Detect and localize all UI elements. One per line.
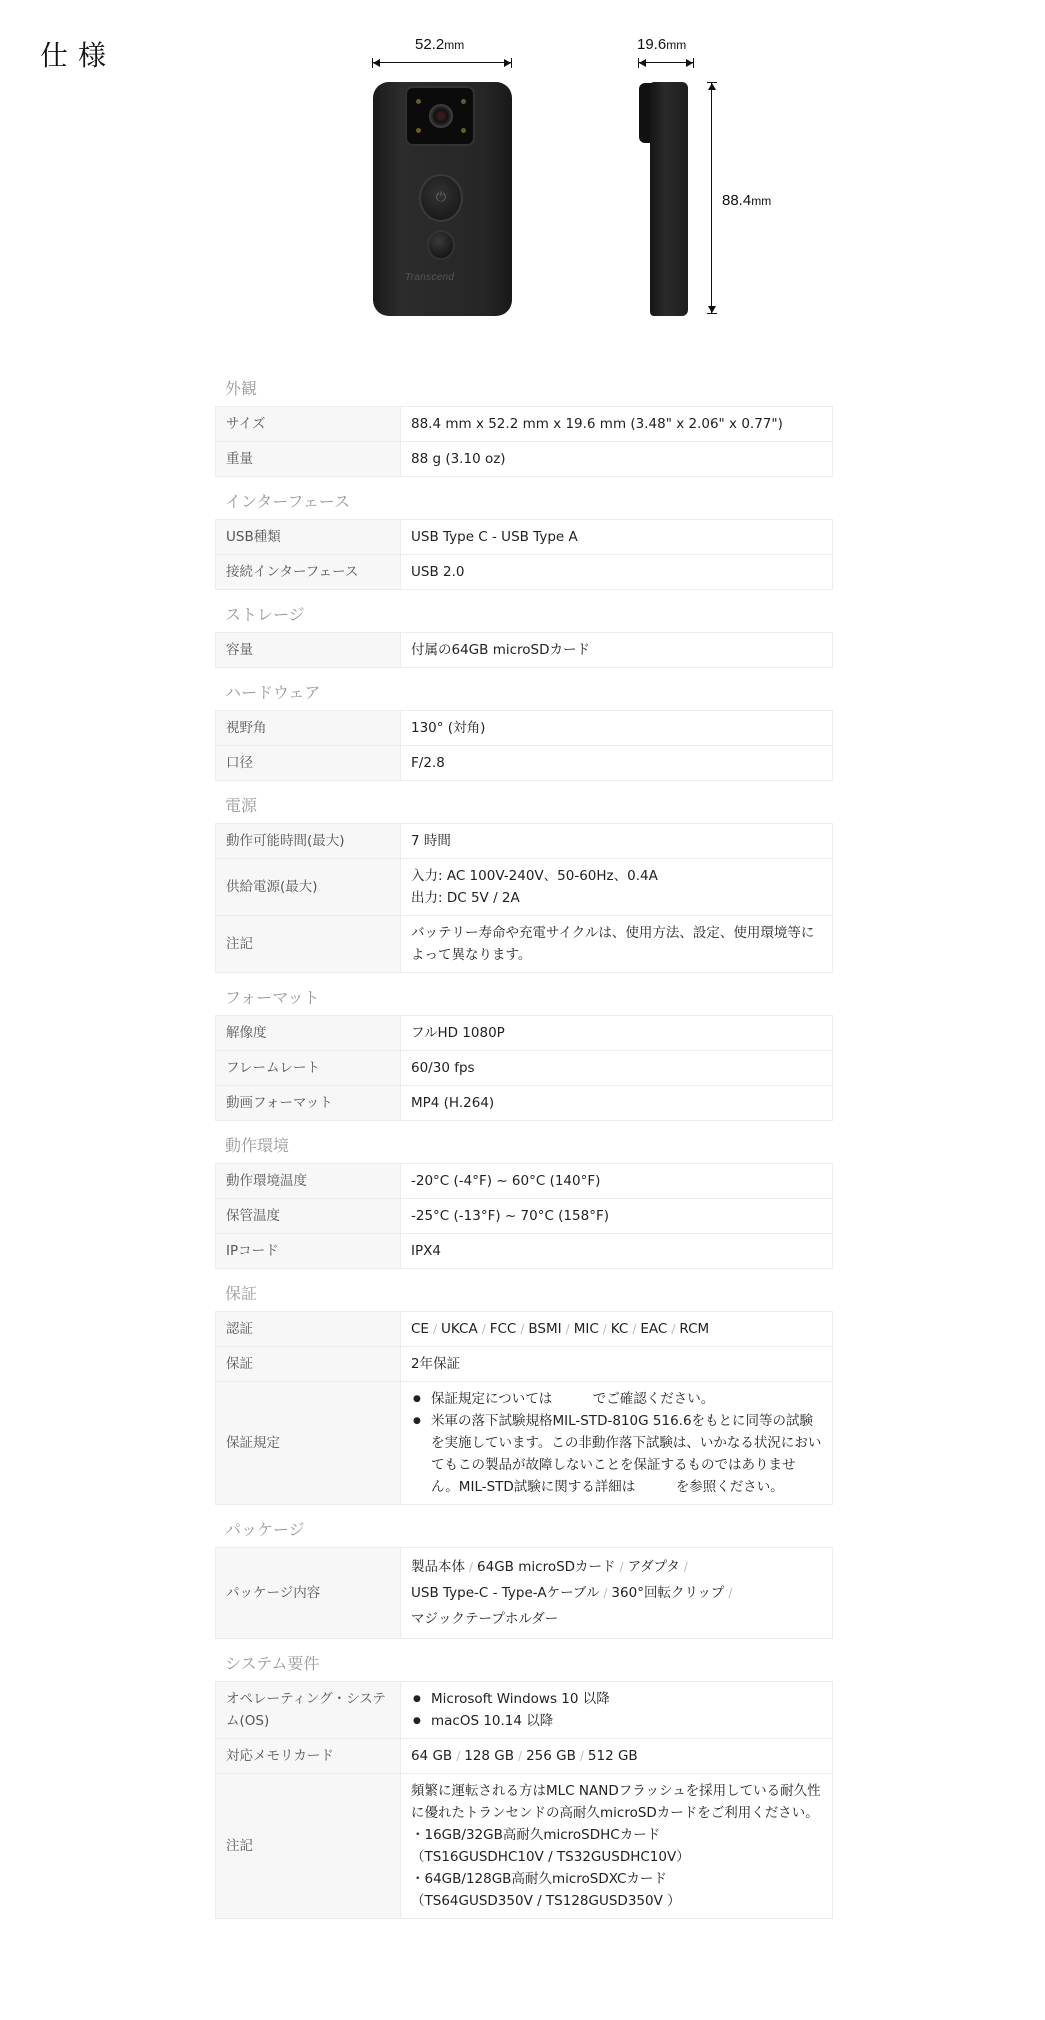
- depth-value: 19.6: [637, 36, 666, 53]
- note-line: ・64GB/128GB高耐久microSDXCカード: [411, 1868, 822, 1890]
- spec-value: 64 GB/128 GB/256 GB/512 GB: [401, 1739, 833, 1774]
- spec-label: 動作環境温度: [216, 1164, 401, 1199]
- value-item: CE: [411, 1321, 429, 1337]
- spec-label: 注記: [216, 1774, 401, 1919]
- spec-table: USB種類USB Type C - USB Type A接続インターフェースUS…: [215, 519, 833, 590]
- spec-value: MP4 (H.264): [401, 1086, 833, 1121]
- bullet-text: 保証規定については: [431, 1391, 552, 1407]
- spec-row: 動画フォーマットMP4 (H.264): [216, 1086, 833, 1121]
- spec-section: ハードウェア視野角130° (対角)口径F/2.8: [215, 676, 833, 781]
- lens-housing: [405, 86, 475, 146]
- value-item: 256 GB: [526, 1748, 576, 1764]
- value-item: RCM: [679, 1321, 709, 1337]
- spec-value: 88.4 mm x 52.2 mm x 19.6 mm (3.48" x 2.0…: [401, 407, 833, 442]
- spec-table: パッケージ内容製品本体/64GB microSDカード/アダプタ/USB Typ…: [215, 1547, 833, 1639]
- separator: /: [433, 1322, 437, 1336]
- depth-unit: mm: [666, 38, 686, 52]
- spec-value: 保証規定についてはこちらでご確認ください。米軍の落下試験規格MIL-STD-81…: [401, 1382, 833, 1505]
- spec-table: オペレーティング・システム(OS)Microsoft Windows 10 以降…: [215, 1681, 833, 1919]
- spec-value: バッテリー寿命や充電サイクルは、使用方法、設定、使用環境等によって異なります。: [401, 916, 833, 973]
- spec-value: 2年保証: [401, 1347, 833, 1382]
- spec-label: 保証規定: [216, 1382, 401, 1505]
- package-item: 製品本体: [411, 1559, 465, 1575]
- spec-value: USB Type C - USB Type A: [401, 520, 833, 555]
- spec-label: 解像度: [216, 1016, 401, 1051]
- spec-label: パッケージ内容: [216, 1548, 401, 1639]
- height-unit: mm: [751, 194, 771, 208]
- width-dimension-label: 52.2mm: [415, 36, 464, 53]
- spec-row: 動作可能時間(最大)7 時間: [216, 824, 833, 859]
- value-item: MIC: [574, 1321, 599, 1337]
- spec-row: 認証CE/UKCA/FCC/BSMI/MIC/KC/EAC/RCM: [216, 1312, 833, 1347]
- spec-row: 供給電源(最大)入力: AC 100V-240V、50-60Hz、0.4A出力:…: [216, 859, 833, 916]
- package-item: 64GB microSDカード: [477, 1559, 616, 1575]
- spec-row: 保証規定保証規定についてはこちらでご確認ください。米軍の落下試験規格MIL-ST…: [216, 1382, 833, 1505]
- spec-section: フォーマット解像度フルHD 1080Pフレームレート60/30 fps動画フォー…: [215, 981, 833, 1121]
- brand-logo: Transcend: [405, 272, 454, 283]
- spec-table: 認証CE/UKCA/FCC/BSMI/MIC/KC/EAC/RCM保証2年保証保…: [215, 1311, 833, 1505]
- camera-side-image: [650, 82, 688, 316]
- spec-label: 保証: [216, 1347, 401, 1382]
- details-link[interactable]: こちら: [635, 1476, 676, 1498]
- os-list: Microsoft Windows 10 以降macOS 10.14 以降: [411, 1688, 822, 1732]
- section-title: 電源: [215, 789, 833, 823]
- spec-label: 動画フォーマット: [216, 1086, 401, 1121]
- spec-section: パッケージパッケージ内容製品本体/64GB microSDカード/アダプタ/US…: [215, 1513, 833, 1639]
- height-value: 88.4: [722, 192, 751, 209]
- spec-row: 容量付属の64GB microSDカード: [216, 633, 833, 668]
- spec-value: F/2.8: [401, 746, 833, 781]
- spec-value: 88 g (3.10 oz): [401, 442, 833, 477]
- separator: /: [728, 1586, 732, 1600]
- note-line: ・16GB/32GB高耐久microSDHCカード: [411, 1824, 822, 1846]
- spec-row: パッケージ内容製品本体/64GB microSDカード/アダプタ/USB Typ…: [216, 1548, 833, 1639]
- value-item: 128 GB: [464, 1748, 514, 1764]
- separator: /: [632, 1322, 636, 1336]
- separator: /: [518, 1749, 522, 1763]
- spec-label: 口径: [216, 746, 401, 781]
- spec-label: 注記: [216, 916, 401, 973]
- spec-table: 動作可能時間(最大)7 時間供給電源(最大)入力: AC 100V-240V、5…: [215, 823, 833, 973]
- spec-label: フレームレート: [216, 1051, 401, 1086]
- record-button-icon: [427, 230, 455, 260]
- separator: /: [603, 1586, 607, 1600]
- spec-value: 130° (対角): [401, 711, 833, 746]
- spec-label: オペレーティング・システム(OS): [216, 1682, 401, 1739]
- spec-row: 保管温度-25°C (-13°F) ~ 70°C (158°F): [216, 1199, 833, 1234]
- depth-dimension-label: 19.6mm: [637, 36, 686, 53]
- value-line: 出力: DC 5V / 2A: [411, 887, 822, 909]
- separator: /: [671, 1322, 675, 1336]
- separator: /: [456, 1749, 460, 1763]
- spec-row: IPコードIPX4: [216, 1234, 833, 1269]
- separator: /: [580, 1749, 584, 1763]
- separator: /: [684, 1560, 688, 1574]
- value-line: 入力: AC 100V-240V、50-60Hz、0.4A: [411, 865, 822, 887]
- spec-row: 接続インターフェースUSB 2.0: [216, 555, 833, 590]
- power-icon: ⏻: [419, 174, 463, 222]
- product-dimension-figure: 52.2mm 19.6mm 88.4mm ⏻ Transcend: [0, 0, 1045, 330]
- separator: /: [603, 1322, 607, 1336]
- spec-value: フルHD 1080P: [401, 1016, 833, 1051]
- package-line: マジックテープホルダー: [411, 1606, 822, 1632]
- package-item: マジックテープホルダー: [411, 1611, 558, 1627]
- spec-value: 付属の64GB microSDカード: [401, 633, 833, 668]
- section-title: ストレージ: [215, 598, 833, 632]
- note-paragraph: 頻繁に運転される方はMLC NANDフラッシュを採用している耐久性に優れたトラン…: [411, 1780, 822, 1824]
- package-item: アダプタ: [628, 1559, 680, 1575]
- spec-label: 保管温度: [216, 1199, 401, 1234]
- spec-value: 頻繁に運転される方はMLC NANDフラッシュを採用している耐久性に優れたトラン…: [401, 1774, 833, 1919]
- spec-value: Microsoft Windows 10 以降macOS 10.14 以降: [401, 1682, 833, 1739]
- height-dimension-label: 88.4mm: [722, 192, 771, 209]
- spec-row: 保証2年保証: [216, 1347, 833, 1382]
- section-title: 保証: [215, 1277, 833, 1311]
- spec-row: 解像度フルHD 1080P: [216, 1016, 833, 1051]
- value-item: UKCA: [441, 1321, 478, 1337]
- spec-label: 対応メモリカード: [216, 1739, 401, 1774]
- spec-section: 動作環境動作環境温度-20°C (-4°F) ~ 60°C (140°F)保管温…: [215, 1129, 833, 1269]
- spec-table: 動作環境温度-20°C (-4°F) ~ 60°C (140°F)保管温度-25…: [215, 1163, 833, 1269]
- section-title: フォーマット: [215, 981, 833, 1015]
- spec-row: サイズ88.4 mm x 52.2 mm x 19.6 mm (3.48" x …: [216, 407, 833, 442]
- spec-label: サイズ: [216, 407, 401, 442]
- ir-led: [461, 99, 466, 104]
- bullet-item: 米軍の落下試験規格MIL-STD-810G 516.6をもとに同等の試験を実施し…: [411, 1410, 822, 1498]
- bullet-text: を参照ください。: [676, 1479, 784, 1495]
- value-item: 64 GB: [411, 1748, 452, 1764]
- spec-section: ストレージ容量付属の64GB microSDカード: [215, 598, 833, 668]
- spec-row: 動作環境温度-20°C (-4°F) ~ 60°C (140°F): [216, 1164, 833, 1199]
- spec-row: 視野角130° (対角): [216, 711, 833, 746]
- spec-value: CE/UKCA/FCC/BSMI/MIC/KC/EAC/RCM: [401, 1312, 833, 1347]
- spec-value: -25°C (-13°F) ~ 70°C (158°F): [401, 1199, 833, 1234]
- separator: /: [620, 1560, 624, 1574]
- section-title: インターフェース: [215, 485, 833, 519]
- spec-table: 視野角130° (対角)口径F/2.8: [215, 710, 833, 781]
- package-line: USB Type-C - Type-Aケーブル/360°回転クリップ/: [411, 1580, 822, 1606]
- spec-row: 注記頻繁に運転される方はMLC NANDフラッシュを採用している耐久性に優れたト…: [216, 1774, 833, 1919]
- separator: /: [469, 1560, 473, 1574]
- value-item: EAC: [640, 1321, 667, 1337]
- spec-label: 接続インターフェース: [216, 555, 401, 590]
- spec-value: 製品本体/64GB microSDカード/アダプタ/USB Type-C - T…: [401, 1548, 833, 1639]
- spec-row: USB種類USB Type C - USB Type A: [216, 520, 833, 555]
- spec-sheet: 外観サイズ88.4 mm x 52.2 mm x 19.6 mm (3.48" …: [215, 372, 833, 1919]
- depth-dimension-arrow: [638, 58, 694, 68]
- spec-table: 解像度フルHD 1080Pフレームレート60/30 fps動画フォーマットMP4…: [215, 1015, 833, 1121]
- spec-label: 重量: [216, 442, 401, 477]
- spec-section: 外観サイズ88.4 mm x 52.2 mm x 19.6 mm (3.48" …: [215, 372, 833, 477]
- os-item: Microsoft Windows 10 以降: [411, 1688, 822, 1710]
- width-dimension-arrow: [372, 58, 512, 68]
- value-item: KC: [611, 1321, 629, 1337]
- spec-label: 視野角: [216, 711, 401, 746]
- note-line: （TS64GUSD350V / TS128GUSD350V ）: [411, 1890, 822, 1912]
- package-item: 360°回転クリップ: [611, 1585, 724, 1601]
- spec-row: 対応メモリカード64 GB/128 GB/256 GB/512 GB: [216, 1739, 833, 1774]
- spec-section: 保証認証CE/UKCA/FCC/BSMI/MIC/KC/EAC/RCM保証2年保…: [215, 1277, 833, 1505]
- ir-led: [416, 99, 421, 104]
- camera-front-image: ⏻ Transcend: [373, 82, 512, 316]
- spec-value: 60/30 fps: [401, 1051, 833, 1086]
- spec-label: 供給電源(最大): [216, 859, 401, 916]
- spec-section: 電源動作可能時間(最大)7 時間供給電源(最大)入力: AC 100V-240V…: [215, 789, 833, 973]
- height-dimension-arrow: [707, 82, 717, 314]
- spec-table: 容量付属の64GB microSDカード: [215, 632, 833, 668]
- value-item: FCC: [490, 1321, 517, 1337]
- os-item: macOS 10.14 以降: [411, 1710, 822, 1732]
- width-unit: mm: [444, 38, 464, 52]
- section-title: 外観: [215, 372, 833, 406]
- ir-led: [416, 128, 421, 133]
- spec-section: システム要件オペレーティング・システム(OS)Microsoft Windows…: [215, 1647, 833, 1919]
- package-item: USB Type-C - Type-Aケーブル: [411, 1585, 599, 1601]
- spec-label: 動作可能時間(最大): [216, 824, 401, 859]
- spec-row: 重量88 g (3.10 oz): [216, 442, 833, 477]
- value-item: BSMI: [528, 1321, 561, 1337]
- spec-value: -20°C (-4°F) ~ 60°C (140°F): [401, 1164, 833, 1199]
- ir-led: [461, 128, 466, 133]
- separator: /: [520, 1322, 524, 1336]
- spec-label: USB種類: [216, 520, 401, 555]
- spec-row: 口径F/2.8: [216, 746, 833, 781]
- width-value: 52.2: [415, 36, 444, 53]
- note-line: （TS16GUSDHC10V / TS32GUSDHC10V）: [411, 1846, 822, 1868]
- spec-section: インターフェースUSB種類USB Type C - USB Type A接続イン…: [215, 485, 833, 590]
- spec-row: 注記バッテリー寿命や充電サイクルは、使用方法、設定、使用環境等によって異なります…: [216, 916, 833, 973]
- separator: /: [482, 1322, 486, 1336]
- bullet-item: 保証規定についてはこちらでご確認ください。: [411, 1388, 822, 1410]
- spec-table: サイズ88.4 mm x 52.2 mm x 19.6 mm (3.48" x …: [215, 406, 833, 477]
- bullet-text: でご確認ください。: [593, 1391, 715, 1407]
- package-line: 製品本体/64GB microSDカード/アダプタ/: [411, 1554, 822, 1580]
- spec-row: フレームレート60/30 fps: [216, 1051, 833, 1086]
- separator: /: [566, 1322, 570, 1336]
- spec-label: IPコード: [216, 1234, 401, 1269]
- section-title: パッケージ: [215, 1513, 833, 1547]
- spec-row: オペレーティング・システム(OS)Microsoft Windows 10 以降…: [216, 1682, 833, 1739]
- bullet-list: 保証規定についてはこちらでご確認ください。米軍の落下試験規格MIL-STD-81…: [411, 1388, 822, 1498]
- spec-value: IPX4: [401, 1234, 833, 1269]
- camera-lens-icon: [429, 104, 453, 128]
- section-title: ハードウェア: [215, 676, 833, 710]
- spec-value: 7 時間: [401, 824, 833, 859]
- spec-value: 入力: AC 100V-240V、50-60Hz、0.4A出力: DC 5V /…: [401, 859, 833, 916]
- section-title: システム要件: [215, 1647, 833, 1681]
- spec-value: USB 2.0: [401, 555, 833, 590]
- spec-label: 認証: [216, 1312, 401, 1347]
- section-title: 動作環境: [215, 1129, 833, 1163]
- value-item: 512 GB: [588, 1748, 638, 1764]
- details-link[interactable]: こちら: [552, 1388, 593, 1410]
- spec-label: 容量: [216, 633, 401, 668]
